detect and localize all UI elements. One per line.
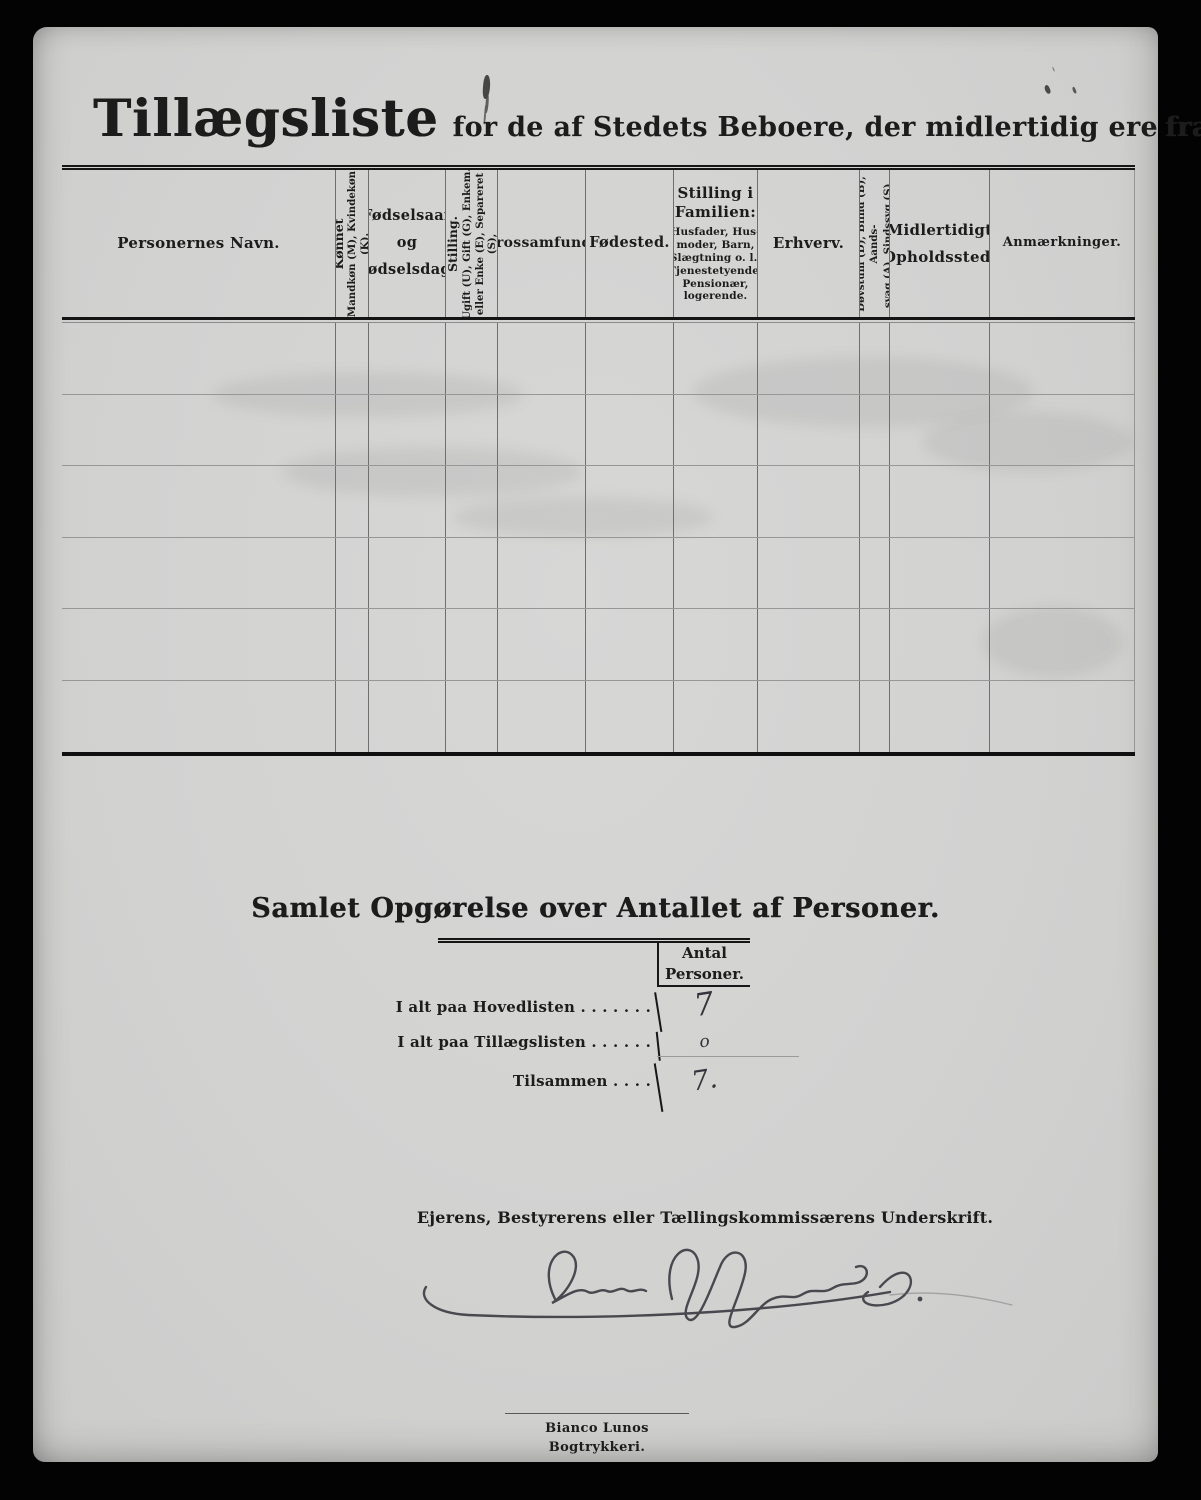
column-header-remarks: Anmærkninger. <box>989 170 1135 317</box>
form-title-emphasis: fraværende. <box>1165 112 1201 143</box>
empty-table-row <box>62 609 1135 681</box>
empty-table-cell <box>497 609 585 680</box>
empty-table-cell <box>889 466 989 537</box>
empty-table-cell <box>497 466 585 537</box>
column-header-disabilities-vertical-text: Døvstum (D), Blind (B), Aands- svag (A),… <box>859 170 889 317</box>
empty-table-cell <box>497 323 585 394</box>
column-header-sex-title: Kønnet <box>335 170 346 317</box>
empty-table-cell <box>62 681 335 753</box>
empty-table-cell <box>673 681 757 753</box>
empty-table-cell <box>889 538 989 609</box>
empty-table-cell <box>497 395 585 466</box>
column-header-disabilities: Døvstum (D), Blind (B), Aands- svag (A),… <box>859 170 889 317</box>
column-header-name-label: Personernes Navn. <box>117 234 280 254</box>
column-header-family-position: Stilling i Familien: Husfader, Hus- mode… <box>673 170 757 317</box>
imprint-text: Bianco Lunos Bogtrykkeri. <box>545 1421 649 1455</box>
column-header-sex-vertical-text: Kønnet Mandkøn (M), Kvindekøn (K). <box>335 170 368 317</box>
column-header-marital-status: Ægteskabelig Stilling. Ugift (U), Gift (… <box>445 170 497 317</box>
empty-table-cell <box>673 466 757 537</box>
empty-table-cell <box>673 538 757 609</box>
empty-table-cell <box>368 538 445 609</box>
column-header-occupation: Erhverv. <box>757 170 859 317</box>
empty-table-cell <box>368 323 445 394</box>
empty-table-cell <box>859 466 889 537</box>
empty-table-cell <box>889 323 989 394</box>
empty-table-cell <box>989 395 1135 466</box>
column-header-temporary-residence: Midlertidigt Opholdssted. <box>889 170 989 317</box>
empty-table-cell <box>445 323 497 394</box>
empty-table-cell <box>757 323 859 394</box>
empty-table-cell <box>889 395 989 466</box>
empty-table-cell <box>368 466 445 537</box>
empty-table-cell <box>757 609 859 680</box>
empty-table-cell <box>335 466 368 537</box>
empty-table-cell <box>757 466 859 537</box>
signature-caption: Ejerens, Bestyrerens eller Tællingskommi… <box>405 1208 1005 1227</box>
empty-table-cell <box>585 323 673 394</box>
empty-table-cell <box>497 538 585 609</box>
empty-table-cell <box>673 395 757 466</box>
absentees-table: Personernes Navn. Kønnet Mandkøn (M), Kv… <box>62 165 1135 756</box>
empty-table-cell <box>757 538 859 609</box>
imprint-rule <box>505 1413 689 1414</box>
empty-table-cell <box>62 466 335 537</box>
empty-table-cell <box>445 395 497 466</box>
empty-table-cell <box>445 681 497 753</box>
scanned-page-background: Tillægslistefor de af Stedets Beboere, d… <box>0 0 1201 1500</box>
empty-table-cell <box>62 609 335 680</box>
summary-row-label-tilsammen: Tilsammen . . . . <box>438 1056 657 1105</box>
column-header-name: Personernes Navn. <box>62 170 335 317</box>
empty-table-cell <box>989 466 1135 537</box>
empty-table-cell <box>497 681 585 753</box>
summary-row-label-hovedlisten: I alt paa Hovedlisten . . . . . . . <box>438 987 657 1027</box>
summary-subtotal-rule <box>657 1056 799 1057</box>
column-header-temporary-residence-label: Midlertidigt Opholdssted. <box>889 217 989 271</box>
empty-table-cell <box>585 466 673 537</box>
empty-table-cell <box>859 538 889 609</box>
empty-table-cell <box>445 538 497 609</box>
column-header-marital-vertical-text: Ægteskabelig Stilling. Ugift (U), Gift (… <box>445 170 497 317</box>
summary-heading: Samlet Opgørelse over Antallet af Person… <box>33 893 1158 924</box>
census-form-page: Tillægslistefor de af Stedets Beboere, d… <box>33 27 1158 1462</box>
empty-table-row <box>62 323 1135 395</box>
empty-table-cell <box>368 609 445 680</box>
printer-imprint: Bianco Lunos Bogtrykkeri. <box>497 1413 697 1455</box>
form-title-subtitle: for de af Stedets Beboere, der midlertid… <box>453 112 1201 143</box>
empty-table-cell <box>989 681 1135 753</box>
form-title-main: Tillægsliste <box>93 89 439 149</box>
column-header-birthdate: Fødselsaar og Fødselsdag. <box>368 170 445 317</box>
signature-handwriting <box>420 1235 1020 1333</box>
empty-table-cell <box>889 609 989 680</box>
empty-table-cell <box>859 681 889 753</box>
empty-table-row <box>62 538 1135 610</box>
empty-table-cell <box>445 609 497 680</box>
empty-table-cell <box>335 681 368 753</box>
summary-blank-cell <box>438 943 657 987</box>
empty-table-cell <box>585 395 673 466</box>
column-header-occupation-label: Erhverv. <box>773 234 844 254</box>
empty-table-cell <box>445 466 497 537</box>
empty-table-cell <box>859 323 889 394</box>
empty-table-cell <box>335 323 368 394</box>
column-header-family-position-sub: Husfader, Hus- moder, Barn, Slægtning o.… <box>673 226 757 303</box>
column-header-sex: Kønnet Mandkøn (M), Kvindekøn (K). <box>335 170 368 317</box>
empty-table-cell <box>335 538 368 609</box>
empty-table-row <box>62 395 1135 467</box>
empty-table-cell <box>989 323 1135 394</box>
table-body-empty-rows <box>62 322 1135 752</box>
column-header-family-position-title: Stilling i Familien: <box>675 184 756 222</box>
empty-table-cell <box>335 395 368 466</box>
form-title-subtitle-text: for de af Stedets Beboere, der midlertid… <box>453 112 1158 143</box>
summary-row-label-tillaegslisten: I alt paa Tillægslisten . . . . . . <box>438 1027 657 1056</box>
summary-grid: Antal Personer. I alt paa Hovedlisten . … <box>438 943 750 1105</box>
column-header-disabilities-label: Døvstum (D), Blind (B), Aands- svag (A),… <box>859 170 889 317</box>
column-header-sex-sub: Mandkøn (M), Kvindekøn (K). <box>346 170 368 317</box>
empty-table-cell <box>585 681 673 753</box>
empty-table-row <box>62 466 1135 538</box>
column-header-birthplace-label: Fødested. <box>589 234 670 253</box>
column-header-birthdate-label: Fødselsaar og Fødselsdag. <box>368 203 445 283</box>
empty-table-row <box>62 681 1135 753</box>
empty-table-cell <box>673 323 757 394</box>
empty-table-cell <box>368 395 445 466</box>
empty-table-cell <box>335 609 368 680</box>
column-header-marital-sub: Ugift (U), Gift (G), Enkem. eller Enke (… <box>460 170 497 317</box>
summary-table: Antal Personer. I alt paa Hovedlisten . … <box>438 938 750 1105</box>
column-header-religion-label: Trossamfund. <box>497 234 585 252</box>
empty-table-cell <box>62 538 335 609</box>
empty-table-cell <box>757 395 859 466</box>
table-header-row: Personernes Navn. Kønnet Mandkøn (M), Kv… <box>62 170 1135 320</box>
empty-table-cell <box>368 681 445 753</box>
column-header-marital-title: Ægteskabelig Stilling. <box>445 170 460 317</box>
empty-table-cell <box>673 609 757 680</box>
empty-table-cell <box>889 681 989 753</box>
column-header-birthplace: Fødested. <box>585 170 673 317</box>
empty-table-cell <box>989 609 1135 680</box>
column-header-remarks-label: Anmærkninger. <box>1003 235 1121 252</box>
empty-table-cell <box>859 609 889 680</box>
empty-table-cell <box>585 538 673 609</box>
empty-table-cell <box>585 609 673 680</box>
column-header-religion: Trossamfund. <box>497 170 585 317</box>
empty-table-cell <box>62 395 335 466</box>
empty-table-cell <box>757 681 859 753</box>
form-title: Tillægslistefor de af Stedets Beboere, d… <box>93 89 1123 149</box>
empty-table-cell <box>859 395 889 466</box>
empty-table-cell <box>62 323 335 394</box>
empty-table-cell <box>989 538 1135 609</box>
